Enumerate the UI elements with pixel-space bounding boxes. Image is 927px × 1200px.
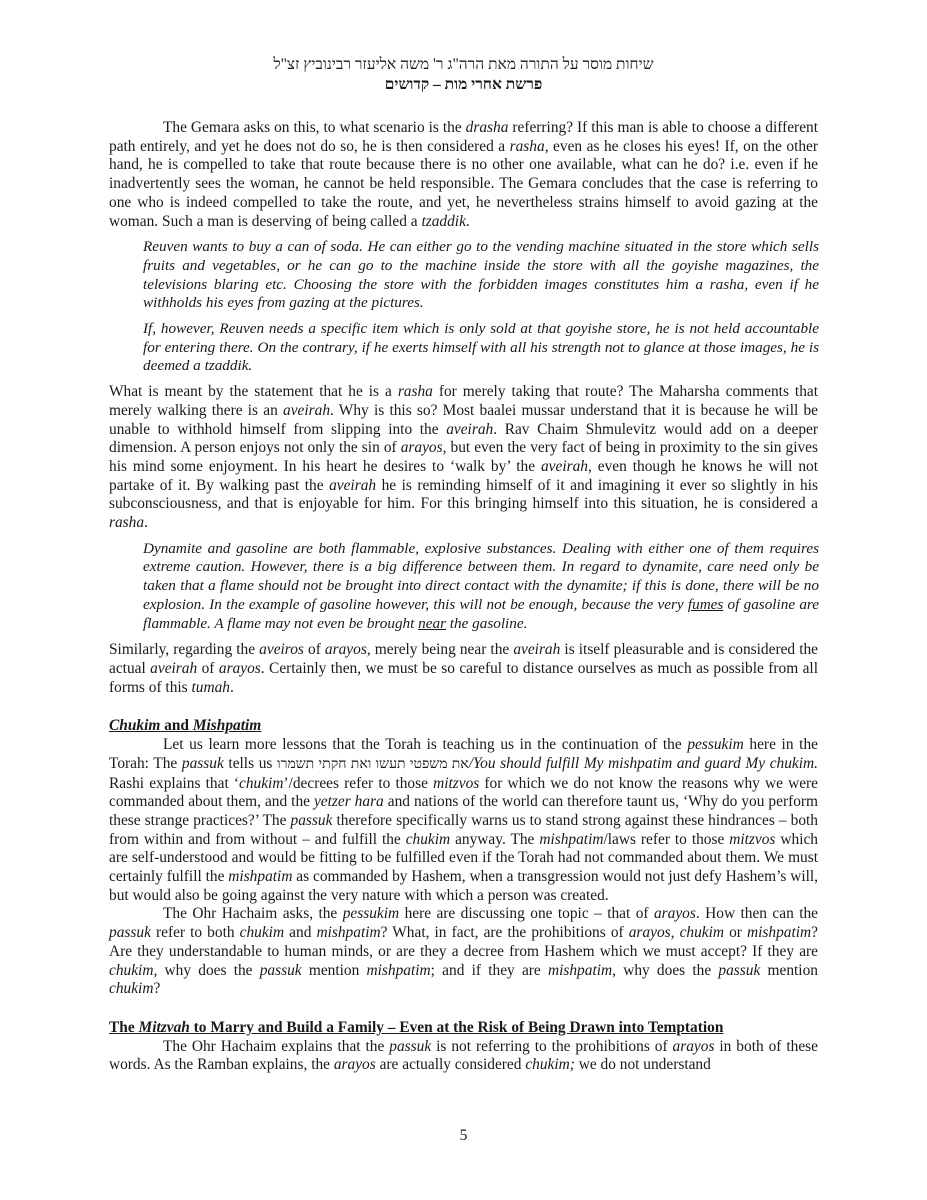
running-header: שיחות מוסר על התורה מאת הרה"ג ר' משה אלי… (0, 55, 927, 95)
paragraph-lessons: Let us learn more lessons that the Torah… (109, 736, 818, 905)
example-quote-dynamite: Dynamite and gasoline are both flammable… (143, 540, 819, 634)
document-body: The Gemara asks on this, to what scenari… (109, 119, 818, 1075)
paragraph-ohr-hachaim-asks: The Ohr Hachaim asks, the pessukim here … (109, 905, 818, 999)
hebrew-pasuk: את משפטי תעשו ואת חקתי תשמרו (277, 757, 469, 772)
paragraph-gemara-question: The Gemara asks on this, to what scenari… (109, 119, 818, 231)
section-heading-mitzvah-to-marry: The Mitzvah to Marry and Build a Family … (109, 1019, 818, 1038)
page-number: 5 (0, 1127, 927, 1145)
example-quote-specific-item: If, however, Reuven needs a specific ite… (143, 320, 819, 376)
header-parsha: פרשת אחרי מות – קדושים (0, 75, 927, 95)
paragraph-ohr-hachaim-explains: The Ohr Hachaim explains that the passuk… (109, 1038, 818, 1075)
document-page: שיחות מוסר על התורה מאת הרה"ג ר' משה אלי… (0, 0, 927, 1200)
paragraph-similarly: Similarly, regarding the aveiros of aray… (109, 641, 818, 697)
example-quote-soda: Reuven wants to buy a can of soda. He ca… (143, 238, 819, 313)
section-heading-chukim-mishpatim: Chukim and Mishpatim (109, 717, 818, 736)
header-title: שיחות מוסר על התורה מאת הרה"ג ר' משה אלי… (0, 55, 927, 75)
paragraph-maharsha: What is meant by the statement that he i… (109, 383, 818, 533)
